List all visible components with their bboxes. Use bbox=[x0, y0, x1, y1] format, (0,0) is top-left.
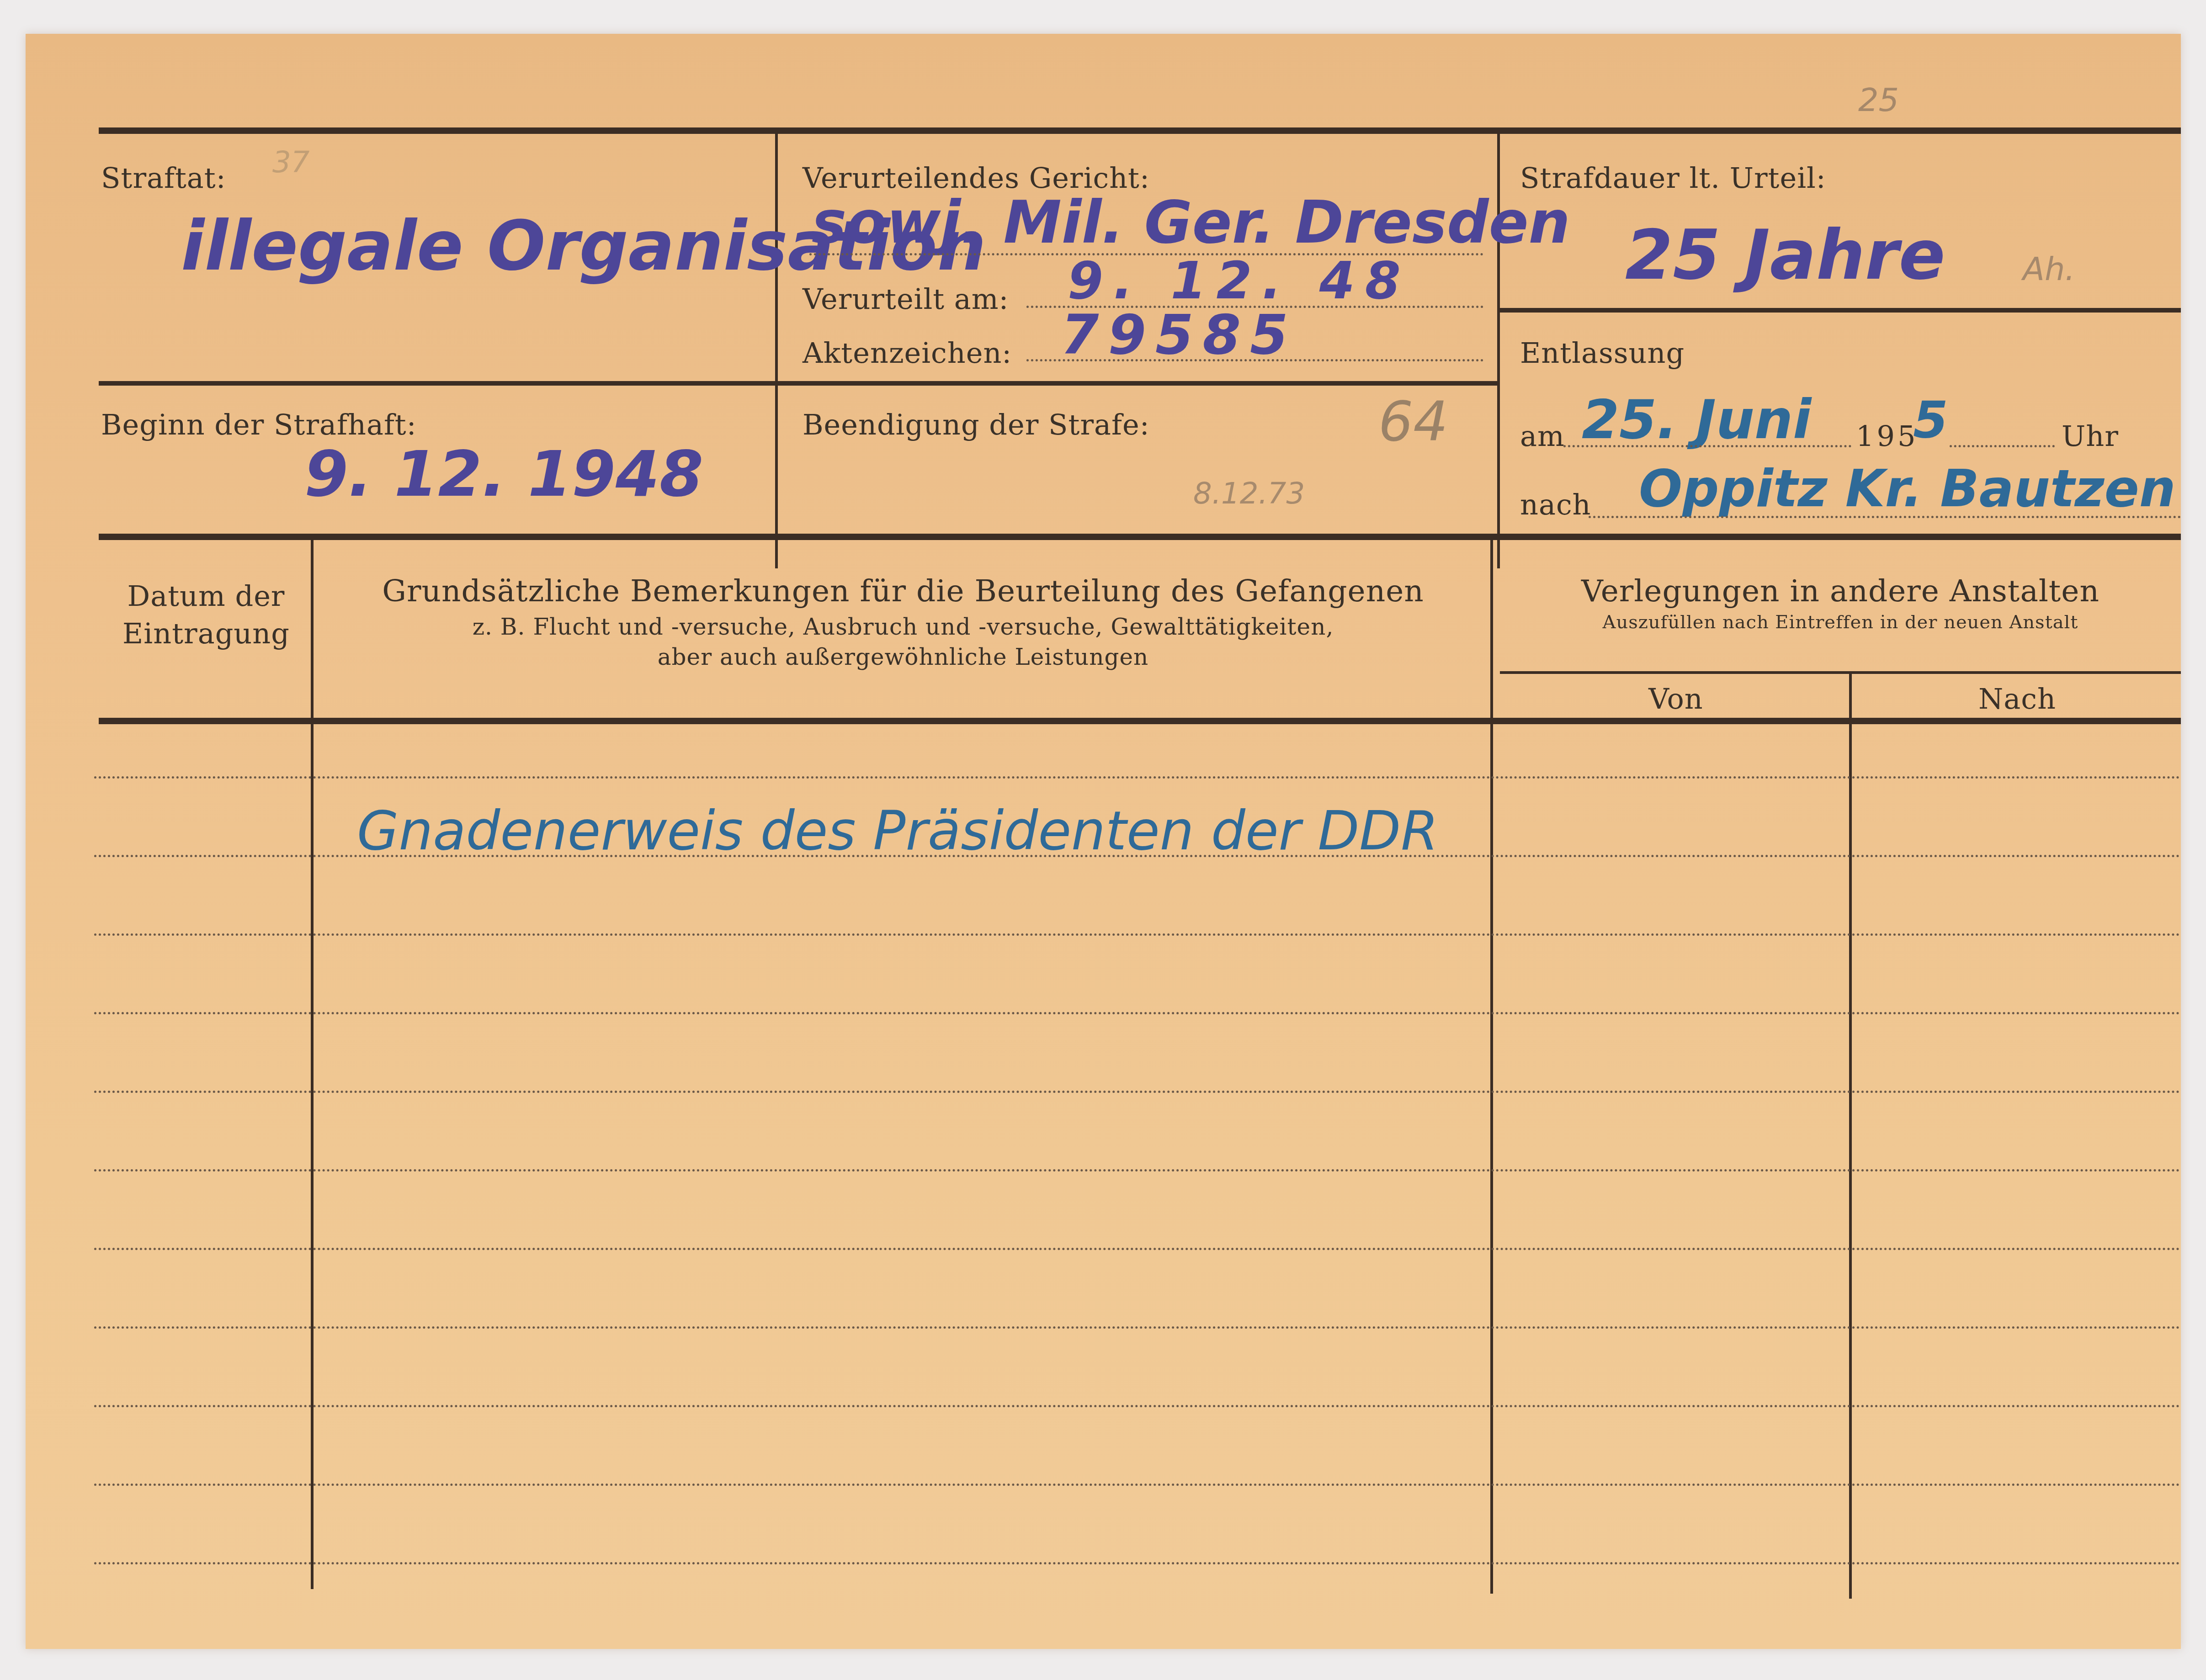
offense-pencil-note: 37 bbox=[272, 148, 309, 177]
row-line bbox=[94, 1484, 2181, 1486]
divider-top-rows bbox=[99, 381, 1500, 386]
header-to: Nach bbox=[1854, 685, 2181, 713]
release-time-label: Uhr bbox=[2062, 422, 2119, 450]
sentence-length-pencil-note: Ah. bbox=[2023, 253, 2075, 285]
top-border-line bbox=[99, 127, 2181, 134]
release-year-prefix: 195 bbox=[1856, 422, 1918, 450]
sentence-length-value: 25 Jahre bbox=[1625, 221, 1946, 290]
col-divider-date bbox=[311, 534, 314, 1589]
header-remarks: Grundsätzliche Bemerkungen für die Beurt… bbox=[314, 571, 1493, 672]
sentence-end-pencil-number: 64 bbox=[1378, 395, 1448, 450]
row-line bbox=[94, 933, 2181, 936]
row-remark: Gnadenerweis des Präsidenten der DDR bbox=[357, 804, 1438, 858]
divider-start-end bbox=[775, 386, 778, 568]
col-divider-from-to bbox=[1849, 671, 1852, 1599]
release-label: Entlassung bbox=[1520, 339, 1685, 367]
header-transfers-title: Verlegungen in andere Anstalten bbox=[1500, 571, 2181, 612]
release-date-value: 25. Juni bbox=[1582, 392, 1811, 446]
row-line bbox=[94, 776, 2181, 779]
section-divider-line bbox=[99, 534, 2181, 540]
row-line bbox=[94, 1169, 2181, 1171]
pencil-corner-number: 25 bbox=[1858, 84, 1899, 116]
header-from: Von bbox=[1500, 685, 1852, 713]
offense-label: Straftat: bbox=[101, 164, 226, 192]
release-date-prefix: am bbox=[1520, 422, 1565, 450]
sentence-end-label: Beendigung der Strafe: bbox=[803, 411, 1150, 439]
sentence-start-label: Beginn der Strafhaft: bbox=[101, 411, 417, 439]
row-line bbox=[94, 1091, 2181, 1093]
sentence-length-label: Strafdauer lt. Urteil: bbox=[1520, 164, 1826, 192]
release-destination-prefix: nach bbox=[1520, 491, 1591, 519]
header-date-line1: Datum der bbox=[101, 578, 311, 615]
file-number-value: 79585 bbox=[1061, 308, 1297, 363]
header-transfers-subtitle: Auszufüllen nach Eintreffen in der neuen… bbox=[1500, 612, 2181, 633]
file-number-dotted-line bbox=[1026, 359, 1483, 361]
release-year-suffix: 5 bbox=[1913, 395, 1948, 445]
transfers-subheader-line bbox=[1500, 671, 2181, 674]
sentenced-on-label: Verurteilt am: bbox=[803, 285, 1009, 313]
header-remarks-line3: aber auch außergewöhnliche Leistungen bbox=[314, 642, 1493, 672]
release-destination-dotted-line bbox=[1589, 516, 2181, 518]
col-divider-remarks bbox=[1490, 534, 1493, 1594]
sentenced-on-value: 9. 12. 48 bbox=[1068, 255, 1411, 307]
row-line bbox=[94, 1562, 2181, 1564]
row-line bbox=[94, 1405, 2181, 1407]
row-line bbox=[94, 1248, 2181, 1250]
header-date-line2: Eintragung bbox=[101, 615, 311, 652]
file-number-label: Aktenzeichen: bbox=[803, 339, 1012, 367]
release-date-dotted-line bbox=[1563, 445, 1851, 447]
court-label: Verurteilendes Gericht: bbox=[803, 164, 1150, 192]
row-line bbox=[94, 1326, 2181, 1329]
divider-duration-release bbox=[1500, 308, 2181, 313]
release-destination-value: Oppitz Kr. Bautzen bbox=[1639, 463, 2175, 514]
row-line bbox=[94, 1012, 2181, 1014]
release-time-dotted-line bbox=[1950, 445, 2055, 447]
record-card: 25 Straftat: 37 illegale Organisation Ve… bbox=[26, 34, 2181, 1649]
court-value: sowj. Mil. Ger. Dresden bbox=[812, 194, 1570, 252]
header-bottom-line bbox=[99, 718, 2181, 724]
header-date: Datum der Eintragung bbox=[101, 578, 311, 652]
header-remarks-line2: z. B. Flucht und -versuche, Ausbruch und… bbox=[314, 612, 1493, 642]
header-transfers: Verlegungen in andere Anstalten Auszufül… bbox=[1500, 571, 2181, 633]
sentence-end-pencil-date: 8.12.73 bbox=[1193, 479, 1305, 509]
header-remarks-title: Grundsätzliche Bemerkungen für die Beurt… bbox=[314, 571, 1493, 612]
sentence-start-value: 9. 12. 1948 bbox=[304, 443, 703, 506]
